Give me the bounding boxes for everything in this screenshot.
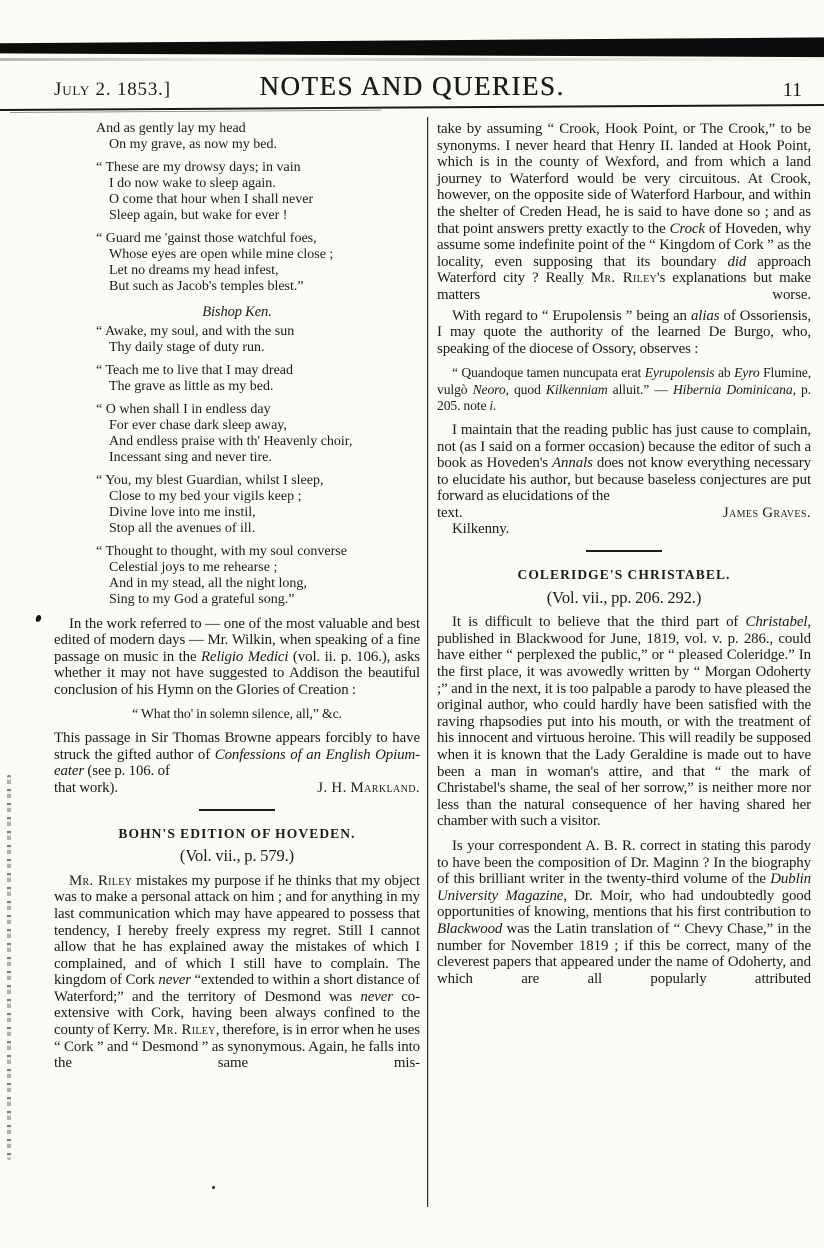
text-segment: alias <box>691 308 719 324</box>
poem-line: And as gently lay my head <box>96 121 420 137</box>
paragraph-crook-continuation: take by assuming “ Crook, Hook Point, or… <box>437 121 811 304</box>
poem-line: And in my stead, all the night long, <box>96 576 420 592</box>
margin-ink-mark <box>35 614 42 622</box>
section-separator-rule <box>586 550 662 552</box>
contributor-name-markland: J. H. Markland. <box>317 780 420 797</box>
text-segment: Crock <box>670 221 705 237</box>
column-divider-rule <box>427 117 428 1207</box>
poem-line: “ You, my blest Guardian, whilst I sleep… <box>96 473 420 489</box>
poem-stanza: “ Teach me to live that I may dreadThe g… <box>96 363 420 395</box>
poem-line: On my grave, as now my bed. <box>96 137 420 153</box>
section-separator-rule <box>199 809 275 811</box>
hymn-quotation-line: “ What tho' in solemn silence, all,” &c. <box>54 706 420 723</box>
text-segment: ab <box>715 365 735 380</box>
section-volume-ref-hoveden: (Vol. vii., p. 579.) <box>54 848 420 865</box>
text-segment: With regard to “ Erupolensis ” being an <box>452 308 691 324</box>
text-segment: Neoro <box>473 382 506 397</box>
poem-line: Celestial joys to me rehearse ; <box>96 560 420 576</box>
poem-line: Divine love into me instil, <box>96 505 420 521</box>
text-segment: Hibernia Dominicana <box>673 382 793 397</box>
text-segment: Eyrupolensis <box>645 365 715 380</box>
poem-line: “ These are my drowsy days; in vain <box>96 160 420 176</box>
signature-line-graves: text. James Graves. <box>437 505 811 522</box>
paragraph-maintain: I maintain that the reading public has j… <box>437 422 811 505</box>
text-segment: Eyro <box>734 365 760 380</box>
text-segment: Mr. Riley <box>153 1022 216 1038</box>
poem-line: The grave as little as my bed. <box>96 379 420 395</box>
text-segment: Mr. Riley <box>69 873 132 889</box>
poem-line: “ O when shall I in endless day <box>96 402 420 418</box>
poem-line: And endless praise with th' Heavenly cho… <box>96 434 420 450</box>
text-segment: , quod <box>506 382 546 397</box>
text-segment: mistakes my purpose if he thinks that my… <box>54 873 420 989</box>
poem-stanza: “ You, my blest Guardian, whilst I sleep… <box>96 473 420 537</box>
paragraph-wilkin-note: In the work referred to — one of the mos… <box>54 616 420 699</box>
text-segment: i. <box>489 398 496 413</box>
poem-line: O come that hour when I shall never <box>96 192 420 208</box>
publication-title: NOTES AND QUERIES. <box>0 71 824 102</box>
scan-smear <box>0 58 824 61</box>
section-volume-ref-christabel: (Vol. vii., pp. 206. 292.) <box>437 590 811 607</box>
poem-stanza: “ Awake, my soul, and with the sunThy da… <box>96 324 420 356</box>
section-heading-christabel: COLERIDGE'S CHRISTABEL. <box>437 567 811 584</box>
text-segment: alluit.” — <box>608 382 673 397</box>
poem-line: I do now wake to sleep again. <box>96 176 420 192</box>
poem-line: Thy daily stage of duty run. <box>96 340 420 356</box>
poem-line: Let no dreams my head infest, <box>96 263 420 279</box>
poem-line: But such as Jacob's temples blest.” <box>96 279 420 295</box>
poem-line: Stop all the avenues of ill. <box>96 521 420 537</box>
poem-line: “ Awake, my soul, and with the sun <box>96 324 420 340</box>
signature-lead-text: that work). <box>54 780 118 797</box>
text-segment: Kilkenniam <box>546 382 608 397</box>
text-segment: It is difficult to believe that the thir… <box>452 614 745 630</box>
poem-line: For ever chase dark sleep away, <box>96 418 420 434</box>
text-segment: Christabel <box>745 614 807 630</box>
latin-quotation: “ Quandoque tamen nuncupata erat Eyrupol… <box>437 365 811 414</box>
right-column: take by assuming “ Crook, Hook Point, or… <box>437 121 811 987</box>
poem-stanza: “ Thought to thought, with my soul conve… <box>96 544 420 608</box>
poem-line: Incessant sing and never tire. <box>96 450 420 466</box>
poem-stanza: And as gently lay my headOn my grave, as… <box>96 121 420 153</box>
hymn-poem-part-2: “ Awake, my soul, and with the sunThy da… <box>96 324 420 608</box>
poem-stanza: “ These are my drowsy days; in vainI do … <box>96 160 420 224</box>
hymn-poem-part-1: And as gently lay my headOn my grave, as… <box>96 121 420 295</box>
signature-lead-text: text. <box>437 505 463 522</box>
scan-binding-artifact <box>7 775 11 1160</box>
poem-line: Sing to my God a grateful song.” <box>96 592 420 608</box>
poem-line: Whose eyes are open while mine close ; <box>96 247 420 263</box>
text-segment: Religio Medici <box>201 649 289 665</box>
poem-line: “ Teach me to live that I may dread <box>96 363 420 379</box>
page-number: 11 <box>783 79 802 102</box>
paragraph-christabel: It is difficult to believe that the thir… <box>437 614 811 830</box>
scan-ink-bar <box>0 37 824 58</box>
left-column: And as gently lay my headOn my grave, as… <box>54 121 420 1072</box>
text-segment: Mr. Riley <box>591 270 657 286</box>
poem-attribution: Bishop Ken. <box>54 304 420 321</box>
text-segment: Blackwood <box>437 921 502 937</box>
text-segment: (see p. 106. of <box>84 763 170 779</box>
paragraph-riley-reply: Mr. Riley mistakes my purpose if he thin… <box>54 873 420 1072</box>
text-segment: take by assuming “ Crook, Hook Point, or… <box>437 121 811 237</box>
paragraph-correspondent: Is your correspondent A. B. R. correct i… <box>437 838 811 987</box>
poem-stanza: “ O when shall I in endless dayFor ever … <box>96 402 420 466</box>
text-segment: , published in Blackwood for June, 1819,… <box>437 614 811 829</box>
signature-line-markland: that work). J. H. Markland. <box>54 780 420 797</box>
masthead-rule <box>0 104 824 111</box>
section-heading-hoveden: BOHN'S EDITION OF HOVEDEN. <box>54 826 420 843</box>
text-segment: did <box>728 254 747 270</box>
poem-line: “ Guard me 'gainst those watchful foes, <box>96 231 420 247</box>
poem-stanza: “ Guard me 'gainst those watchful foes,W… <box>96 231 420 295</box>
contributor-location: Kilkenny. <box>437 521 811 538</box>
scanned-periodical-page: July 2. 1853.] NOTES AND QUERIES. 11 And… <box>0 0 824 1248</box>
text-segment: never <box>158 972 191 988</box>
ink-speck <box>212 1186 215 1189</box>
contributor-name-graves: James Graves. <box>723 505 811 522</box>
poem-line: Close to my bed your vigils keep ; <box>96 489 420 505</box>
text-segment: never <box>360 989 393 1005</box>
text-segment: “ Quandoque tamen nuncupata erat <box>452 365 645 380</box>
paragraph-erupolensis: With regard to “ Erupolensis ” being an … <box>437 308 811 358</box>
text-segment: Annals <box>552 455 593 471</box>
poem-line: Sleep again, but wake for ever ! <box>96 208 420 224</box>
text-segment: Is your correspondent A. B. R. correct i… <box>437 838 811 887</box>
poem-line: “ Thought to thought, with my soul conve… <box>96 544 420 560</box>
paragraph-browne-passage: This passage in Sir Thomas Browne appear… <box>54 730 420 780</box>
